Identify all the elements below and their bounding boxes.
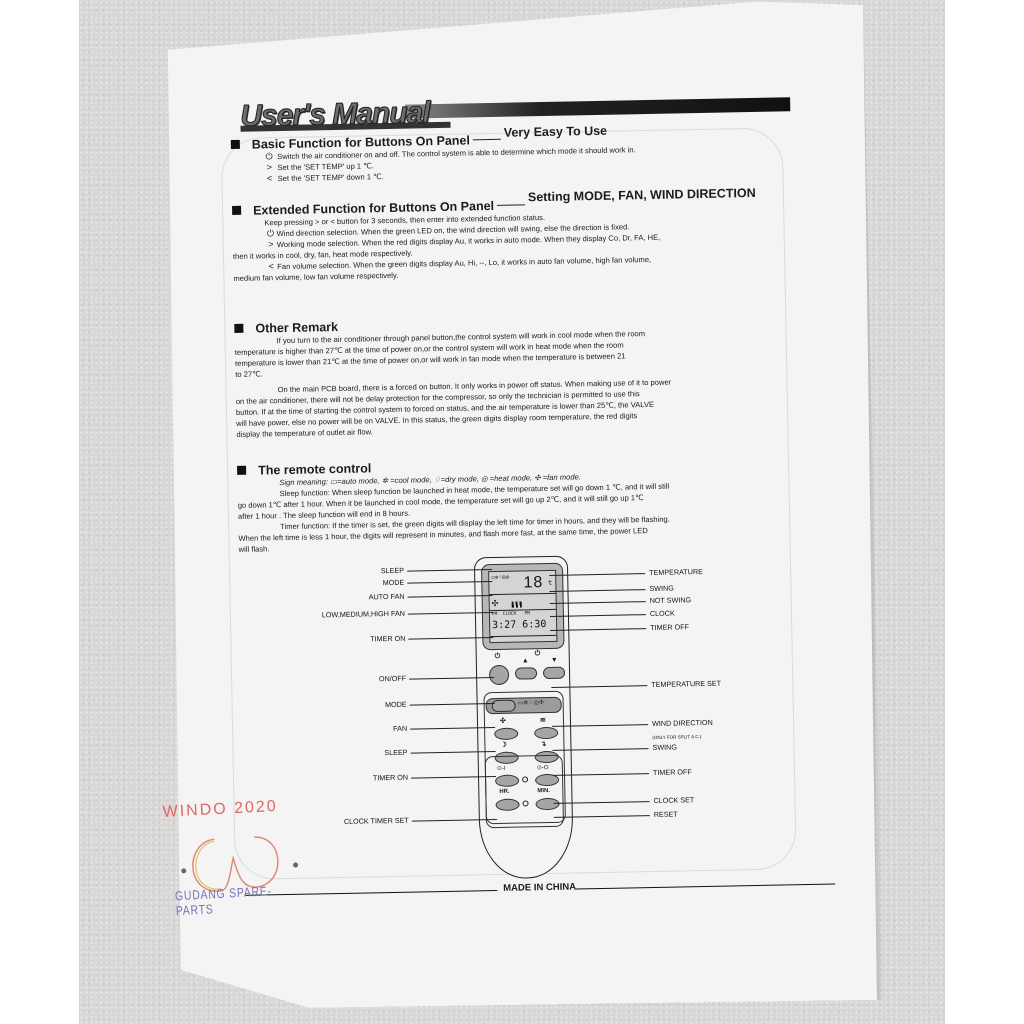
heading-text: Other Remark [255,320,338,336]
lcd-temperature: 18 [523,574,543,592]
callout-label-wind-direction: WIND DIRECTION [652,718,713,728]
mode-button[interactable] [492,700,516,712]
down-arrow-icon: ▼ [551,657,558,664]
callout-label-sleep: SLEEP [381,566,404,575]
footer-line-right [575,884,835,890]
callout-label-sleep: SLEEP [384,748,407,757]
bullet-square-icon [234,324,243,333]
callout-label-temperature: TEMPERATURE [649,567,703,577]
sleep-icon: ☽ [500,741,506,749]
manual-title: User's Manual [240,96,430,134]
stamp-bottom-text: GUDANG SPARE-PARTS [175,883,286,919]
lcd-divider [490,635,556,637]
wind-direction-note: (ONLY FOR SPLIT A.C.) [652,734,701,740]
temp-up-button[interactable] [515,667,537,679]
lcd-time-right: 6:30 [522,619,546,630]
power-icon: ⏻ [264,228,276,239]
callout-label-swing: SWING [649,584,674,593]
made-in-china-footer: MADE IN CHINA [245,876,845,902]
up-arrow-icon: ▲ [522,657,529,664]
less-than-icon: < [263,173,275,184]
hr-label: HR. [499,789,509,795]
callout-label-clock-timer-set: CLOCK TIMER SET [344,816,409,826]
callout-label-fan: FAN [393,724,407,733]
power-symbol-icon: ⏻ [495,653,501,661]
callout-label-low-medium-high-fan: LOW,MEDIUM,HIGH FAN [322,609,405,620]
heading-dash [497,204,525,206]
callout-label-mode: MODE [383,578,405,587]
lcd-pm-label: PM [524,611,530,616]
swing-icon: ↴ [540,740,546,748]
on-off-button[interactable] [489,665,509,685]
bullet-square-icon [237,466,246,475]
callout-label-reset: RESET [654,810,678,819]
wind-direction-icon: ≋ [540,716,546,724]
heading-dash [473,139,501,141]
watermark-stamp: WINDO 2020 GUDANG SPARE-PARTS [162,796,313,913]
remote-body: ▭✲♢◎✣ 18 t ✣ PM CLOCK PM 3:27 6:30 ⏻ ⏻ ▲… [474,556,574,880]
greater-than-icon: > [263,162,275,173]
power-led-symbol-icon: ⏻ [535,650,541,658]
power-icon: ⏻ [263,151,275,162]
lcd-temp-unit: t [548,579,552,587]
basic-item-text: Set the 'SET TEMP' down 1 ℃. [278,172,384,183]
basic-item-text: Set the 'SET TEMP' up 1 ℃. [277,161,374,172]
callout-label-timer-off: TIMER OFF [650,622,689,632]
lcd-times: 3:27 6:30 [492,619,546,631]
callout-label-clock-set: CLOCK SET [653,795,694,805]
callout-label-auto-fan: AUTO FAN [369,592,405,602]
callout-label-clock: CLOCK [650,609,675,618]
mode-icons-strip: ▭✲♢◎✣ [518,699,544,707]
bullet-square-icon [231,140,240,149]
temp-down-button[interactable] [543,667,565,679]
callout-label-mode: MODE [385,700,407,709]
callout-label-timer-on: TIMER ON [373,773,408,783]
lcd-screen: ▭✲♢◎✣ 18 t ✣ PM CLOCK PM 3:27 6:30 [488,570,557,643]
reset-hole[interactable] [523,800,529,806]
lcd-fan-level-bars [512,601,522,607]
greater-than-icon: > [265,239,277,250]
manual-content: User's Manual Basic Function for Buttons… [230,89,805,910]
callout-label-not-swing: NOT SWING [650,595,692,605]
callout-label-on-off: ON/OFF [379,674,406,684]
timer-off-icon: ⊙-O [537,764,549,771]
lcd-time-left: 3:27 [492,620,516,631]
banner-bar [405,97,790,118]
section-extended: Extended Function for Buttons On Panel S… [232,194,778,284]
timer-on-icon: ⊙-I [497,765,506,772]
heading-subtitle: Very Easy To Use [504,124,608,140]
lcd-clock-label: CLOCK [503,612,517,617]
callout-label-timer-on: TIMER ON [370,634,405,644]
lcd-mode-icons: ▭✲♢◎✣ [491,574,509,581]
section-remote-control: The remote control Sign meaning: ▭=auto … [237,453,784,554]
callout-label-temperature-set: TEMPERATURE SET [651,679,721,689]
bullet-square-icon [232,206,241,215]
heading-subtitle: Setting MODE, FAN, WIND DIRECTION [528,186,756,204]
fan-icon: ✣ [500,717,506,725]
lcd-fan-icon: ✣ [492,596,499,609]
less-than-icon: < [265,261,277,272]
lcd-divider [490,593,556,595]
lcd-clock-labels: PM CLOCK PM [492,611,530,617]
section-other-remark: Other Remark If you turn to the air cond… [234,311,781,439]
footer-text: MADE IN CHINA [503,882,576,894]
callout-label-timer-off: TIMER OFF [653,767,692,777]
remote-control-diagram: ▭✲♢◎✣ 18 t ✣ PM CLOCK PM 3:27 6:30 ⏻ ⏻ ▲… [349,552,776,905]
clock-set-hole[interactable] [522,776,528,782]
callout-label-swing: SWING [652,743,677,752]
min-label: MIN. [537,788,550,794]
heading-text: The remote control [258,461,371,477]
